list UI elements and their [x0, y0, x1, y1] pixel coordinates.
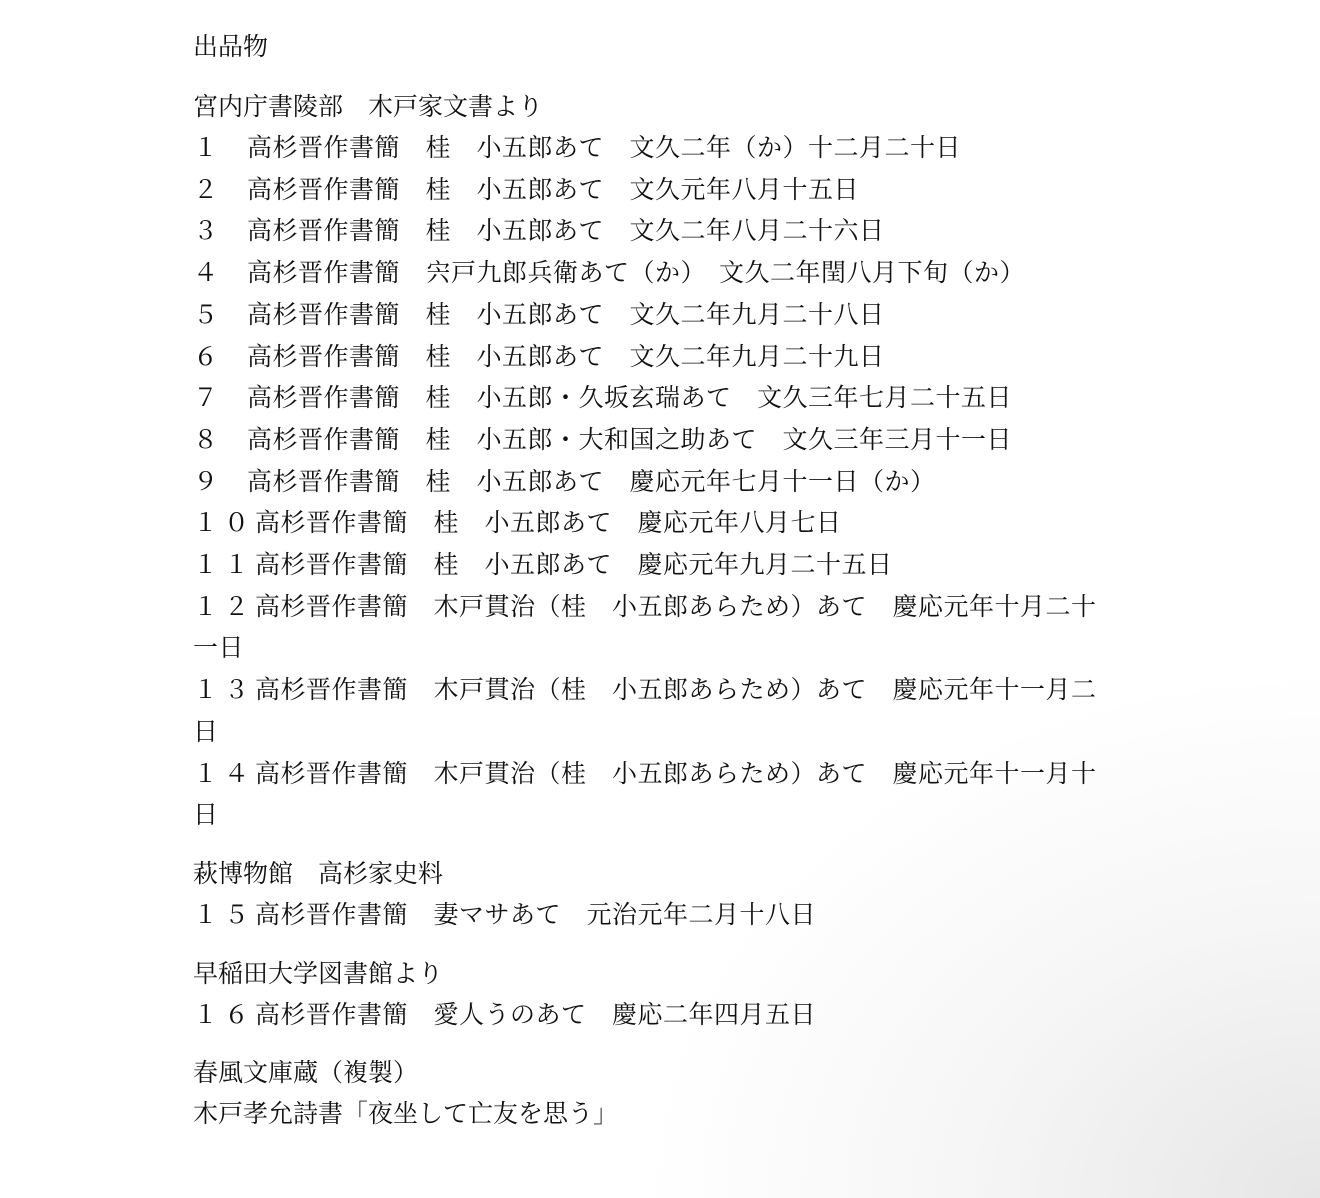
- list-item: ７高杉晋作書簡 桂 小五郎・久坂玄瑞あて 文久三年七月二十五日: [193, 378, 1113, 420]
- list-item: １６高杉晋作書簡 愛人うのあて 慶応二年四月五日: [193, 995, 1113, 1037]
- section-heading: 早稲田大学図書館より: [193, 955, 1113, 995]
- section-heading: 萩博物館 高杉家史料: [193, 855, 1113, 895]
- section-heading: 宮内庁書陵部 木戸家文書より: [193, 88, 1113, 128]
- list-item: 木戸孝允詩書「夜坐して亡友を思う」: [193, 1094, 1113, 1136]
- section-waseda-library: 早稲田大学図書館より １６高杉晋作書簡 愛人うのあて 慶応二年四月五日: [193, 955, 1113, 1037]
- item-number: ８: [193, 420, 247, 462]
- list-item: １４高杉晋作書簡 木戸貫治（桂 小五郎あらため）あて 慶応元年十一月十日: [193, 754, 1113, 837]
- document-page: 出品物 宮内庁書陵部 木戸家文書より １高杉晋作書簡 桂 小五郎あて 文久二年（…: [193, 28, 1113, 1154]
- item-number: １０: [193, 503, 255, 545]
- item-text: 高杉晋作書簡 木戸貫治（桂 小五郎あらため）あて 慶応元年十月二十一日: [193, 594, 1097, 663]
- list-item: １０高杉晋作書簡 桂 小五郎あて 慶応元年八月七日: [193, 503, 1113, 545]
- item-number: ６: [193, 337, 247, 379]
- list-item: １２高杉晋作書簡 木戸貫治（桂 小五郎あらため）あて 慶応元年十月二十一日: [193, 587, 1113, 670]
- item-number: ２: [193, 170, 247, 212]
- item-text: 高杉晋作書簡 桂 小五郎あて 慶応元年九月二十五日: [255, 552, 893, 579]
- item-text: 高杉晋作書簡 桂 小五郎あて 文久二年九月二十九日: [247, 344, 885, 371]
- item-text: 高杉晋作書簡 桂 小五郎あて 慶応元年七月十一日（か）: [247, 469, 936, 496]
- item-number: ５: [193, 295, 247, 337]
- item-text: 高杉晋作書簡 桂 小五郎あて 文久二年八月二十六日: [247, 218, 885, 245]
- list-item: ２高杉晋作書簡 桂 小五郎あて 文久元年八月十五日: [193, 170, 1113, 212]
- item-text: 高杉晋作書簡 木戸貫治（桂 小五郎あらため）あて 慶応元年十一月二日: [193, 677, 1097, 746]
- item-text: 高杉晋作書簡 桂 小五郎・久坂玄瑞あて 文久三年七月二十五日: [247, 385, 1012, 412]
- item-text: 高杉晋作書簡 桂 小五郎あて 文久二年九月二十八日: [247, 302, 885, 329]
- item-number: ３: [193, 211, 247, 253]
- item-number: ９: [193, 462, 247, 504]
- item-number: １３: [193, 670, 255, 712]
- item-text: 高杉晋作書簡 木戸貫治（桂 小五郎あらため）あて 慶応元年十一月十日: [193, 761, 1097, 830]
- list-item: １５高杉晋作書簡 妻マサあて 元治元年二月十八日: [193, 895, 1113, 937]
- list-item: ５高杉晋作書簡 桂 小五郎あて 文久二年九月二十八日: [193, 295, 1113, 337]
- item-number: ７: [193, 378, 247, 420]
- item-text: 高杉晋作書簡 宍戸九郎兵衛あて（か） 文久二年閏八月下旬（か）: [247, 260, 1025, 287]
- list-item: ３高杉晋作書簡 桂 小五郎あて 文久二年八月二十六日: [193, 211, 1113, 253]
- list-item: ８高杉晋作書簡 桂 小五郎・大和国之助あて 文久三年三月十一日: [193, 420, 1113, 462]
- list-item: １３高杉晋作書簡 木戸貫治（桂 小五郎あらため）あて 慶応元年十一月二日: [193, 670, 1113, 753]
- item-text: 高杉晋作書簡 桂 小五郎あて 文久二年（か）十二月二十日: [247, 135, 961, 162]
- item-number: １２: [193, 587, 255, 629]
- list-item: ４高杉晋作書簡 宍戸九郎兵衛あて（か） 文久二年閏八月下旬（か）: [193, 253, 1113, 295]
- list-item: ９高杉晋作書簡 桂 小五郎あて 慶応元年七月十一日（か）: [193, 462, 1113, 504]
- item-text: 高杉晋作書簡 桂 小五郎あて 文久元年八月十五日: [247, 177, 859, 204]
- list-item: ６高杉晋作書簡 桂 小五郎あて 文久二年九月二十九日: [193, 337, 1113, 379]
- list-item: １高杉晋作書簡 桂 小五郎あて 文久二年（か）十二月二十日: [193, 128, 1113, 170]
- item-text: 高杉晋作書簡 愛人うのあて 慶応二年四月五日: [255, 1002, 816, 1029]
- item-text: 高杉晋作書簡 桂 小五郎あて 慶応元年八月七日: [255, 510, 842, 537]
- item-number: １５: [193, 895, 255, 937]
- page-title: 出品物: [193, 28, 1113, 68]
- list-item: １１高杉晋作書簡 桂 小五郎あて 慶応元年九月二十五日: [193, 545, 1113, 587]
- section-heading: 春風文庫蔵（複製）: [193, 1054, 1113, 1094]
- section-shunpu-bunko: 春風文庫蔵（複製） 木戸孝允詩書「夜坐して亡友を思う」: [193, 1054, 1113, 1136]
- item-text: 高杉晋作書簡 妻マサあて 元治元年二月十八日: [255, 902, 816, 929]
- item-number: １: [193, 128, 247, 170]
- item-number: １４: [193, 754, 255, 796]
- section-kunaicho: 宮内庁書陵部 木戸家文書より １高杉晋作書簡 桂 小五郎あて 文久二年（か）十二…: [193, 88, 1113, 837]
- item-number: １６: [193, 995, 255, 1037]
- item-number: １１: [193, 545, 255, 587]
- item-number: ４: [193, 253, 247, 295]
- section-hagi-museum: 萩博物館 高杉家史料 １５高杉晋作書簡 妻マサあて 元治元年二月十八日: [193, 855, 1113, 937]
- item-text: 高杉晋作書簡 桂 小五郎・大和国之助あて 文久三年三月十一日: [247, 427, 1012, 454]
